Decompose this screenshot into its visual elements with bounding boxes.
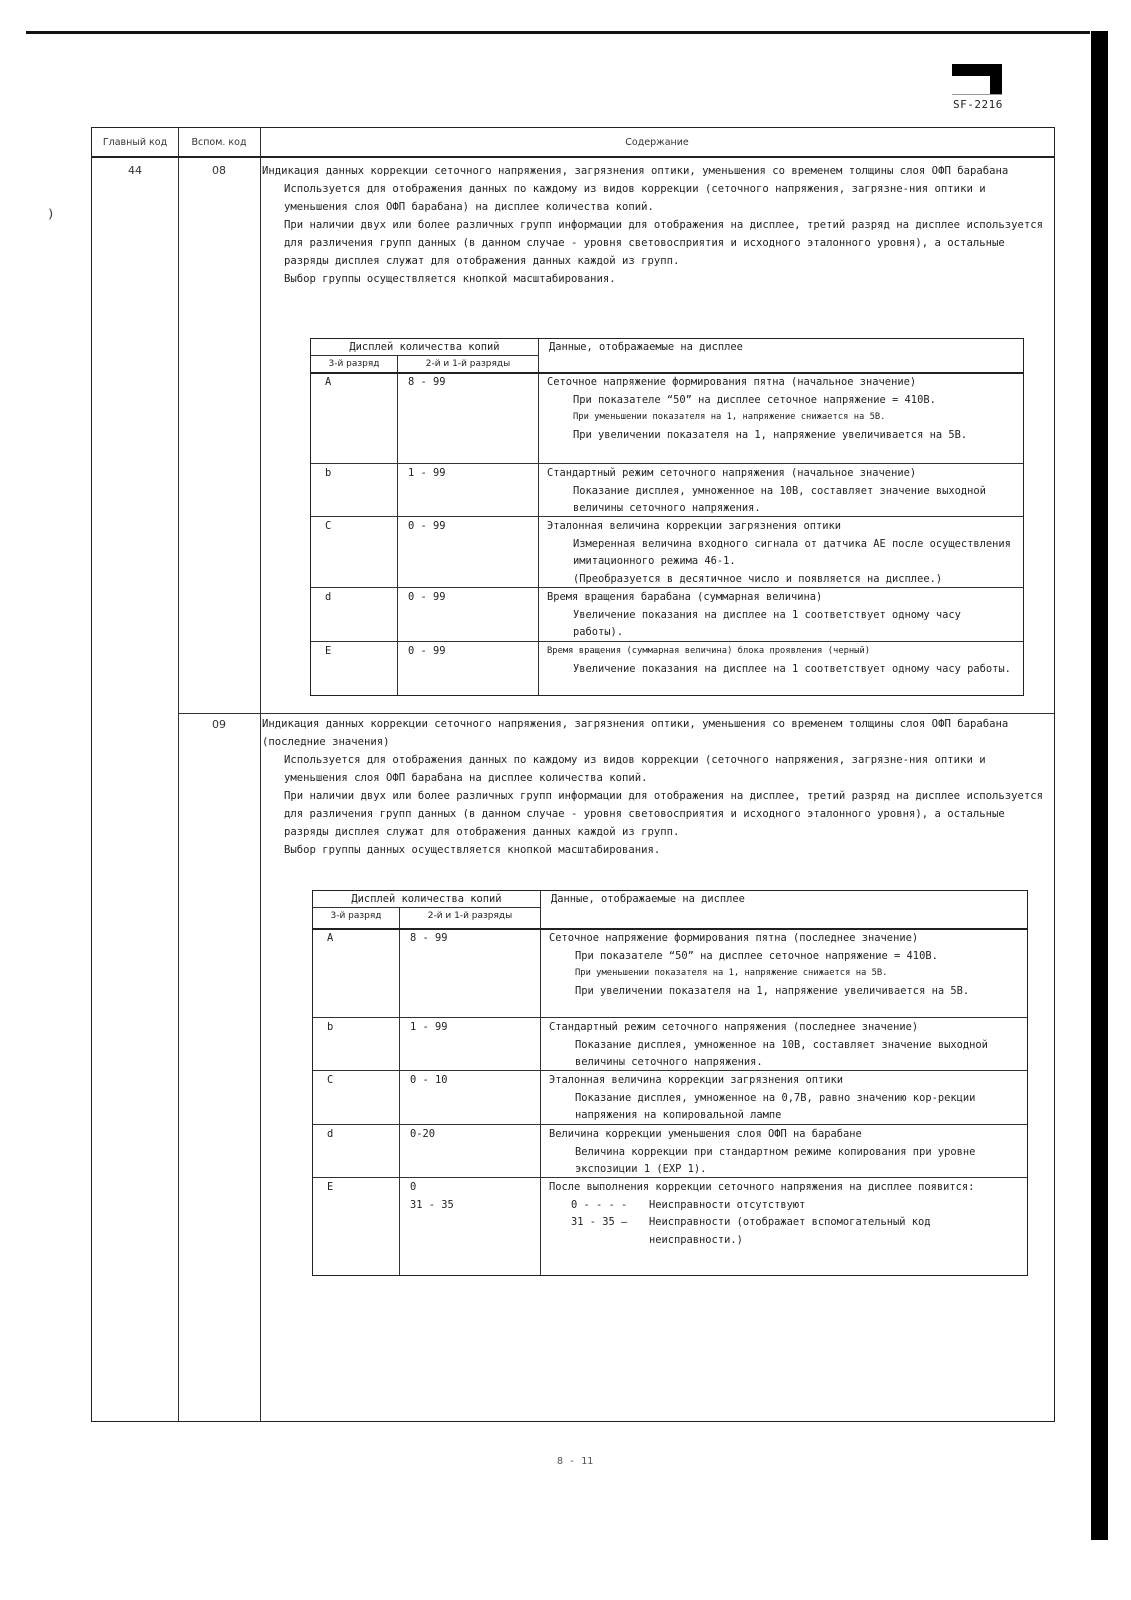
header-digit3: 3-й разряд [311, 356, 397, 374]
document-code: SF-2216 [953, 98, 1003, 111]
header-digits21: 2-й и 1-й разряды [398, 356, 538, 374]
digit3-cell: d [325, 589, 331, 607]
row-line: Показание дисплея, умноженное на 10В, со… [549, 1037, 1021, 1072]
row-line: При увеличении показателя на 1, напряжен… [547, 427, 1017, 445]
header-main-code: Главный код [92, 128, 178, 156]
row-title: Время вращения барабана (суммарная велич… [547, 589, 1017, 607]
column-divider [178, 128, 179, 1421]
header-divider [92, 156, 1054, 158]
digits21-cell: 0 - 99 [408, 643, 446, 661]
data-cell: Величина коррекции уменьшения слоя ОФП н… [549, 1126, 1021, 1179]
scan-artifact: ⁾ [44, 206, 70, 236]
section-08-display-table: Дисплей количества копий 3-й разряд 2-й … [310, 338, 1024, 696]
header-digits21: 2-й и 1-й разряды [400, 908, 540, 926]
legend-key: 0 - - - - [571, 1197, 649, 1215]
data-cell: Стандартный режим сеточного напряжения (… [547, 465, 1017, 518]
digit3-cell: A [325, 374, 331, 392]
data-cell: Стандартный режим сеточного напряжения (… [549, 1019, 1021, 1072]
header-group: Дисплей количества копий [313, 891, 540, 909]
column-divider [260, 128, 261, 1421]
subtable-divider [313, 1017, 1027, 1018]
paragraph: Используется для отображения данных по к… [262, 180, 1052, 216]
paragraph: Используется для отображения данных по к… [262, 751, 1052, 787]
subtable-divider [311, 463, 1023, 464]
row-title: После выполнения коррекции сеточного нап… [549, 1179, 1021, 1197]
row-line: При уменьшении показателя на 1, напряжен… [547, 409, 1017, 427]
digits21-cell: 0 - 99 [408, 518, 446, 536]
digits21-cell: 8 - 99 [408, 374, 446, 392]
header-digit3: 3-й разряд [313, 908, 399, 926]
paragraph: При наличии двух или более различных гру… [262, 787, 1052, 841]
row-line: Измеренная величина входного сигнала от … [547, 536, 1017, 571]
digits21-cell: 0 - 99 [408, 589, 446, 607]
row-line: Показание дисплея, умноженное на 10В, со… [547, 483, 1017, 518]
row-line: При показателе “50” на дисплее сеточное … [549, 948, 1021, 966]
digits21-cell: 1 - 99 [410, 1019, 448, 1037]
page-number: 8 - 11 [557, 1456, 593, 1467]
data-cell: Время вращения (суммарная величина) блок… [547, 643, 1017, 678]
paragraph: Выбор группы данных осуществляется кнопк… [262, 841, 1052, 859]
paragraph: Выбор группы осуществляется кнопкой масш… [262, 270, 1052, 288]
digit3-cell: d [327, 1126, 333, 1144]
row-title: Сеточное напряжение формирования пятна (… [549, 930, 1021, 948]
row-line: Показание дисплея, умноженное на 0,7В, р… [549, 1090, 1021, 1125]
header-data: Данные, отображаемые на дисплее [549, 339, 743, 357]
row-line: Увеличение показания на дисплее на 1 соо… [547, 661, 1017, 679]
digits21-cell: 0 31 - 35 [410, 1179, 454, 1214]
digits21-cell: 0-20 [410, 1126, 435, 1144]
row-title: Сеточное напряжение формирования пятна (… [547, 374, 1017, 392]
section-09-display-table: Дисплей количества копий 3-й разряд 2-й … [312, 890, 1028, 1276]
paragraph: При наличии двух или более различных гру… [262, 216, 1052, 270]
digits21-cell: 1 - 99 [408, 465, 446, 483]
row-title: Величина коррекции уменьшения слоя ОФП н… [549, 1126, 1021, 1144]
subtable-divider [540, 891, 541, 1275]
digit3-cell: b [325, 465, 331, 483]
row-line: Увеличение показания на дисплее на 1 соо… [547, 607, 1017, 642]
data-cell: Время вращения барабана (суммарная велич… [547, 589, 1017, 642]
digits21-cell: 8 - 99 [410, 930, 448, 948]
subtable-divider [399, 907, 400, 1275]
digit3-cell: E [327, 1179, 333, 1197]
top-border-rule [26, 31, 1090, 34]
digit3-cell: C [327, 1072, 333, 1090]
digits21-value: 0 [410, 1179, 454, 1197]
legend-line: 31 - 35 —Неисправности (отображает вспом… [549, 1214, 1021, 1249]
data-cell: После выполнения коррекции сеточного нап… [549, 1179, 1021, 1249]
row-title: Время вращения (суммарная величина) блок… [547, 643, 1017, 661]
row-line: При уменьшении показателя на 1, напряжен… [549, 965, 1021, 983]
legend-text: Неисправности отсутствуют [649, 1199, 805, 1211]
sub-code-08: 08 [178, 164, 260, 177]
digit3-cell: C [325, 518, 331, 536]
data-cell: Сеточное напряжение формирования пятна (… [549, 930, 1021, 1000]
digits21-value: 31 - 35 [410, 1197, 454, 1215]
scan-edge-bar [1091, 31, 1108, 1540]
corner-mark-icon [952, 64, 1002, 94]
service-code-table: Главный код Вспом. код Содержание 44 08 … [91, 127, 1055, 1422]
row-line: При увеличении показателя на 1, напряжен… [549, 983, 1021, 1001]
data-cell: Эталонная величина коррекции загрязнения… [549, 1072, 1021, 1125]
row-title: Стандартный режим сеточного напряжения (… [547, 465, 1017, 483]
row-title: Эталонная величина коррекции загрязнения… [549, 1072, 1021, 1090]
legend-text: Неисправности (отображает вспомогательны… [649, 1214, 1021, 1249]
row-line: Величина коррекции при стандартном режим… [549, 1144, 1021, 1179]
digit3-cell: A [327, 930, 333, 948]
section-title: Индикация данных коррекции сеточного нап… [262, 715, 1052, 751]
header-group: Дисплей количества копий [311, 339, 538, 357]
header-sub-code: Вспом. код [178, 128, 260, 156]
row-title: Стандартный режим сеточного напряжения (… [549, 1019, 1021, 1037]
section-09-description: Индикация данных коррекции сеточного нап… [262, 715, 1052, 859]
legend-line: 0 - - - -Неисправности отсутствуют [549, 1197, 1021, 1215]
section-title: Индикация данных коррекции сеточного нап… [262, 162, 1052, 180]
header-content: Содержание [260, 128, 1054, 156]
data-cell: Сеточное напряжение формирования пятна (… [547, 374, 1017, 444]
digit3-cell: b [327, 1019, 333, 1037]
row-line: (Преобразуется в десятичное число и появ… [547, 571, 1017, 589]
main-code-value: 44 [92, 164, 178, 177]
digits21-cell: 0 - 10 [410, 1072, 448, 1090]
header-data: Данные, отображаемые на дисплее [551, 891, 745, 909]
digit3-cell: E [325, 643, 331, 661]
row-title: Эталонная величина коррекции загрязнения… [547, 518, 1017, 536]
subtable-divider [397, 355, 398, 695]
data-cell: Эталонная величина коррекции загрязнения… [547, 518, 1017, 588]
sub-code-09: 09 [178, 718, 260, 731]
legend-key: 31 - 35 — [571, 1214, 649, 1249]
section-divider [178, 713, 1054, 714]
row-line: При показателе “50” на дисплее сеточное … [547, 392, 1017, 410]
section-08-description: Индикация данных коррекции сеточного нап… [262, 162, 1052, 288]
